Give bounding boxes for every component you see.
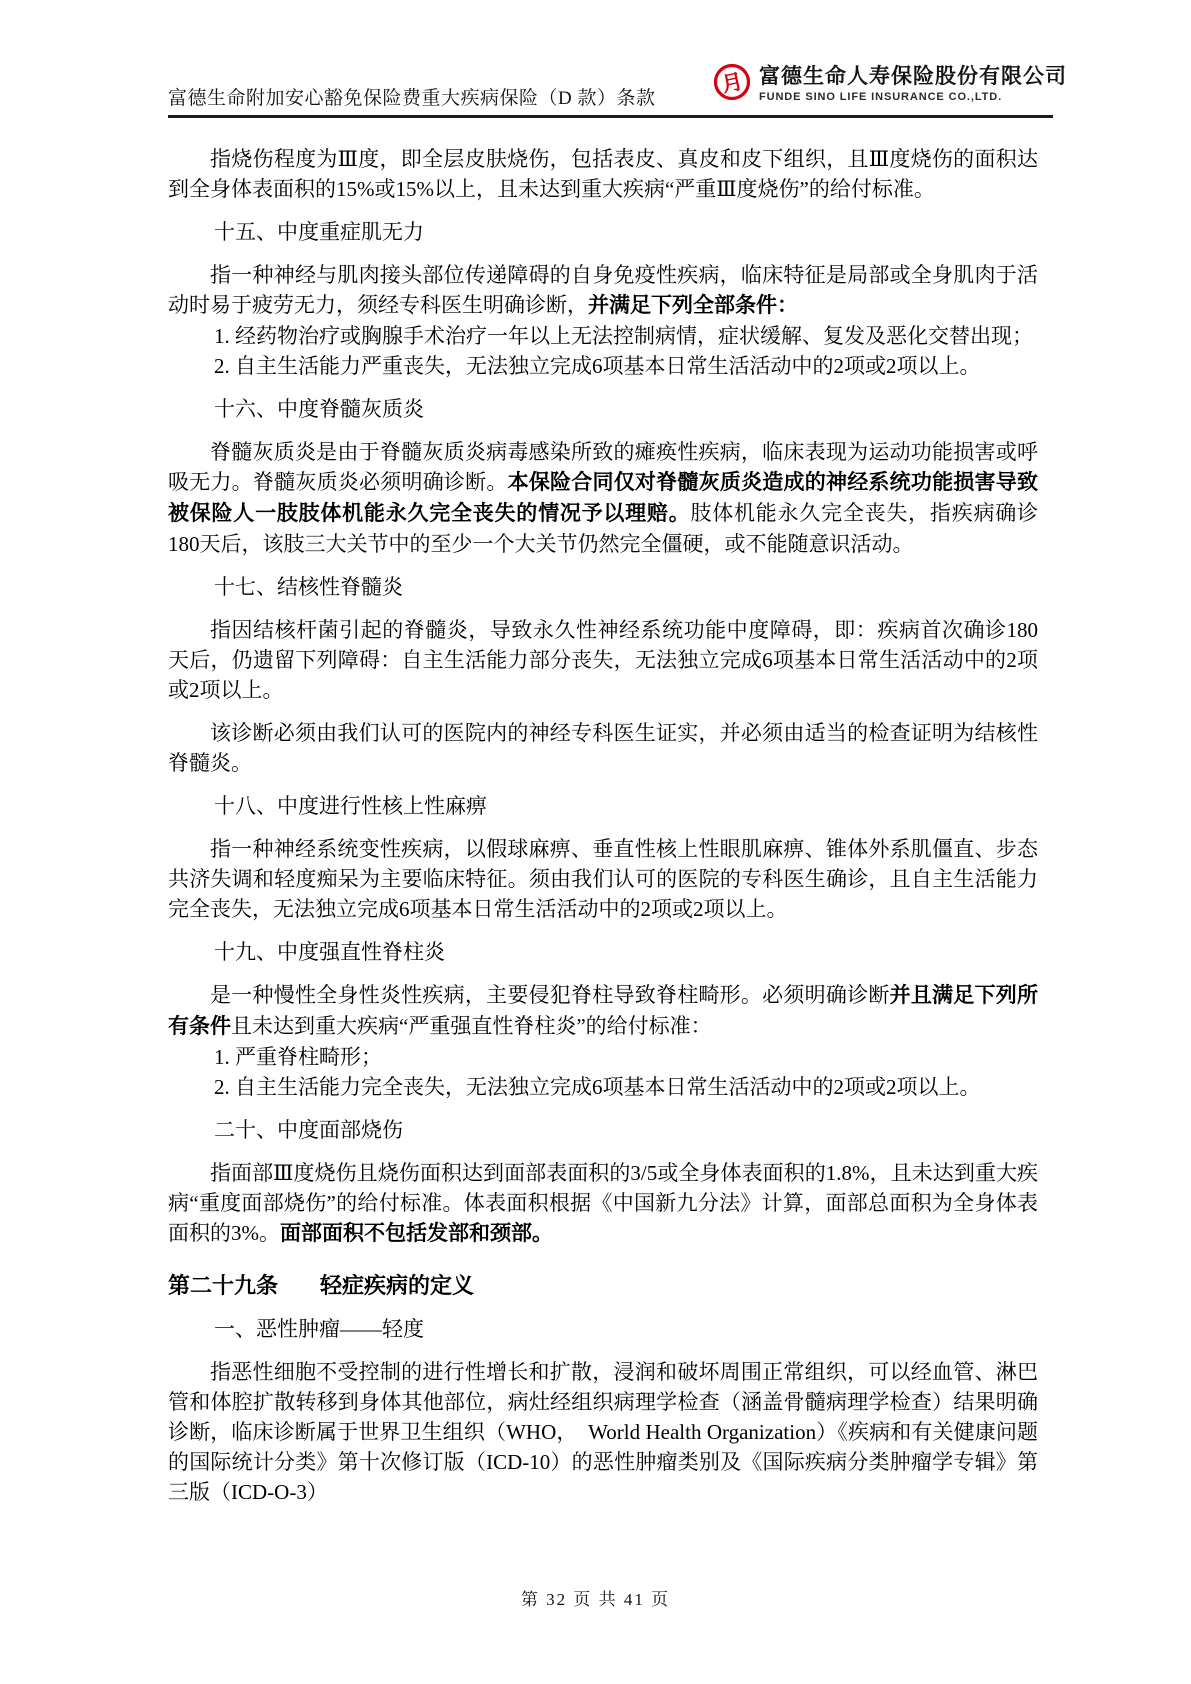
- paragraph: 脊髓灰质炎是由于脊髓灰质炎病毒感染所致的瘫痪性疾病，临床表现为运动功能损害或呼吸…: [168, 437, 1038, 559]
- text-run: 十八、中度进行性核上性麻痹: [214, 794, 487, 818]
- section-heading: 一、恶性肿瘤——轻度: [168, 1314, 1038, 1344]
- text-run: 是一种慢性全身性炎性疾病，主要侵犯脊柱导致脊柱畸形。必须明确诊断: [210, 983, 890, 1007]
- logo-glyph: 月: [719, 69, 745, 97]
- list-item: 2. 自主生活能力完全丧失，无法独立完成6项基本日常生活活动中的2项或2项以上。: [168, 1072, 1038, 1102]
- paragraph: 该诊断必须由我们认可的医院内的神经专科医生证实，并必须由适当的检查证明为结核性脊…: [168, 718, 1038, 778]
- section-heading: 十五、中度重症肌无力: [168, 217, 1038, 247]
- page-number: 第 32 页 共 41 页: [0, 1585, 1191, 1610]
- document-page: 富德生命附加安心豁免保险费重大疾病保险（D 款）条款 月 富德生命人寿保险股份有…: [0, 0, 1191, 1684]
- paragraph: 指恶性细胞不受控制的进行性增长和扩散，浸润和破坏周围正常组织，可以经血管、淋巴管…: [168, 1357, 1038, 1507]
- paragraph: 是一种慢性全身性炎性疾病，主要侵犯脊柱导致脊柱畸形。必须明确诊断并且满足下列所有…: [168, 980, 1038, 1042]
- section-heading: 十八、中度进行性核上性麻痹: [168, 791, 1038, 821]
- company-name-en: FUNDE SINO LIFE INSURANCE CO.,LTD.: [759, 91, 1002, 103]
- article-number: 第二十九条: [168, 1273, 278, 1298]
- paragraph: 指一种神经与肌肉接头部位传递障碍的自身免疫性疾病，临床特征是局部或全身肌肉于活动…: [168, 260, 1038, 321]
- company-name-cn: 富德生命人寿保险股份有限公司: [759, 60, 1067, 90]
- text-run: 二十、中度面部烧伤: [214, 1118, 403, 1142]
- text-run: 指恶性细胞不受控制的进行性增长和扩散，浸润和破坏周围正常组织，可以经血管、淋巴管…: [168, 1360, 1038, 1504]
- article-heading: 第二十九条轻症疾病的定义: [168, 1271, 1038, 1301]
- section-heading: 十七、结核性脊髓炎: [168, 572, 1038, 602]
- paragraph: 指面部Ⅲ度烧伤且烧伤面积达到面部表面积的3/5或全身体表面积的1.8%，且未达到…: [168, 1158, 1038, 1249]
- text-run: 一、恶性肿瘤——轻度: [214, 1317, 424, 1341]
- document-title: 富德生命附加安心豁免保险费重大疾病保险（D 款）条款: [168, 83, 655, 110]
- company-name-block: 富德生命人寿保险股份有限公司 FUNDE SINO LIFE INSURANCE…: [759, 60, 1067, 103]
- text-run: 十五、中度重症肌无力: [214, 220, 424, 244]
- emphasis-text: 面部面积不包括发部和颈部。: [280, 1222, 553, 1245]
- text-run: 十九、中度强直性脊柱炎: [214, 940, 445, 964]
- text-run: 指因结核杆菌引起的脊髓炎，导致永久性神经系统功能中度障碍，即：疾病首次确诊180…: [168, 618, 1038, 702]
- list-item: 1. 严重脊柱畸形；: [168, 1042, 1038, 1072]
- list-item: 1. 经药物治疗或胸腺手术治疗一年以上无法控制病情，症状缓解、复发及恶化交替出现…: [168, 321, 1038, 351]
- page-header: 富德生命附加安心豁免保险费重大疾病保险（D 款）条款 月 富德生命人寿保险股份有…: [168, 0, 1053, 118]
- company-brand: 月 富德生命人寿保险股份有限公司 FUNDE SINO LIFE INSURAN…: [712, 60, 1067, 103]
- text-run: 1. 经药物治疗或胸腺手术治疗一年以上无法控制病情，症状缓解、复发及恶化交替出现…: [214, 324, 1033, 348]
- text-run: 且未达到重大疾病“严重强直性脊柱炎”的给付标准：: [231, 1014, 712, 1038]
- text-run: 十七、结核性脊髓炎: [214, 575, 403, 599]
- text-run: 该诊断必须由我们认可的医院内的神经专科医生证实，并必须由适当的检查证明为结核性脊…: [168, 721, 1038, 775]
- paragraph: 指一种神经系统变性疾病，以假球麻痹、垂直性核上性眼肌麻痹、锥体外系肌僵直、步态共…: [168, 834, 1038, 924]
- emphasis-text: 并满足下列全部条件：: [588, 294, 798, 317]
- text-run: 1. 严重脊柱畸形；: [214, 1045, 382, 1069]
- paragraph: 指烧伤程度为Ⅲ度，即全层皮肤烧伤，包括表皮、真皮和皮下组织，且Ⅲ度烧伤的面积达到…: [168, 144, 1038, 204]
- text-run: 指一种神经系统变性疾病，以假球麻痹、垂直性核上性眼肌麻痹、锥体外系肌僵直、步态共…: [168, 837, 1038, 921]
- text-run: 2. 自主生活能力严重丧失，无法独立完成6项基本日常生活活动中的2项或2项以上。: [214, 354, 981, 378]
- text-run: 指烧伤程度为Ⅲ度，即全层皮肤烧伤，包括表皮、真皮和皮下组织，且Ⅲ度烧伤的面积达到…: [168, 147, 1038, 201]
- text-run: 2. 自主生活能力完全丧失，无法独立完成6项基本日常生活活动中的2项或2项以上。: [214, 1075, 981, 1099]
- document-body: 指烧伤程度为Ⅲ度，即全层皮肤烧伤，包括表皮、真皮和皮下组织，且Ⅲ度烧伤的面积达到…: [168, 144, 1038, 1507]
- list-item: 2. 自主生活能力严重丧失，无法独立完成6项基本日常生活活动中的2项或2项以上。: [168, 351, 1038, 381]
- section-heading: 十九、中度强直性脊柱炎: [168, 937, 1038, 967]
- section-heading: 十六、中度脊髓灰质炎: [168, 394, 1038, 424]
- company-logo-icon: 月: [712, 62, 752, 102]
- section-heading: 二十、中度面部烧伤: [168, 1115, 1038, 1145]
- paragraph: 指因结核杆菌引起的脊髓炎，导致永久性神经系统功能中度障碍，即：疾病首次确诊180…: [168, 615, 1038, 705]
- text-run: 十六、中度脊髓灰质炎: [214, 397, 424, 421]
- article-title: 轻症疾病的定义: [320, 1273, 474, 1298]
